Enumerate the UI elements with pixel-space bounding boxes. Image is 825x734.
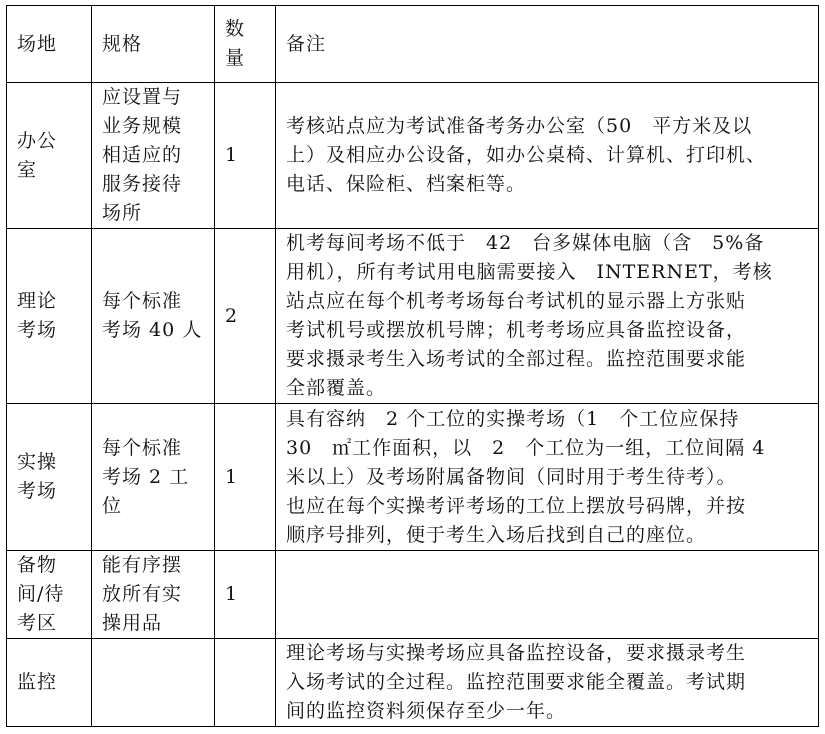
header-spec: 规格 — [92, 6, 215, 83]
spec-cell — [92, 639, 215, 727]
spec-cell: 应设置与 业务规模 相适应的 服务接待 场所 — [92, 83, 215, 229]
spec-cell: 能有序摆 放所有实 操用品 — [92, 551, 215, 639]
qty-cell — [215, 639, 276, 727]
venue-requirements-table: 场地 规格 数 量 备注 办公 室 应设置与 业务规模 相适应的 服务接待 场所… — [6, 5, 819, 727]
venue-cell: 理论 考场 — [7, 229, 92, 404]
table-row-monitoring: 监控 理论考场与实操考场应具备监控设备，要求摄录考生 入场考试的全过程。监控范围… — [7, 639, 819, 727]
spec-cell: 每个标准 考场 2 工 位 — [92, 404, 215, 551]
notes-cell: 具有容纳 2 个工位的实操考场（1 个工位应保持 30 ㎡工作面积，以 2 个工… — [276, 404, 819, 551]
venue-cell: 实操 考场 — [7, 404, 92, 551]
table-row-practical-exam-room: 实操 考场 每个标准 考场 2 工 位 1 具有容纳 2 个工位的实操考场（1 … — [7, 404, 819, 551]
qty-cell: 1 — [215, 83, 276, 229]
header-notes: 备注 — [276, 6, 819, 83]
header-row: 场地 规格 数 量 备注 — [7, 6, 819, 83]
spec-cell: 每个标准 考场 40 人 — [92, 229, 215, 404]
header-venue: 场地 — [7, 6, 92, 83]
notes-cell — [276, 551, 819, 639]
notes-cell: 机考每间考场不低于 42 台多媒体电脑（含 5%备 用机），所有考试用电脑需要接… — [276, 229, 819, 404]
notes-cell: 理论考场与实操考场应具备监控设备，要求摄录考生 入场考试的全过程。监控范围要求能… — [276, 639, 819, 727]
qty-cell: 2 — [215, 229, 276, 404]
table-row-theory-exam-room: 理论 考场 每个标准 考场 40 人 2 机考每间考场不低于 42 台多媒体电脑… — [7, 229, 819, 404]
qty-cell: 1 — [215, 404, 276, 551]
venue-cell: 备物 间/待 考区 — [7, 551, 92, 639]
venue-cell: 监控 — [7, 639, 92, 727]
venue-cell: 办公 室 — [7, 83, 92, 229]
qty-cell: 1 — [215, 551, 276, 639]
table-row-storage-waiting-area: 备物 间/待 考区 能有序摆 放所有实 操用品 1 — [7, 551, 819, 639]
table-row-office: 办公 室 应设置与 业务规模 相适应的 服务接待 场所 1 考核站点应为考试准备… — [7, 83, 819, 229]
header-qty: 数 量 — [215, 6, 276, 83]
notes-cell: 考核站点应为考试准备考务办公室（50 平方米及以 上）及相应办公设备，如办公桌椅… — [276, 83, 819, 229]
